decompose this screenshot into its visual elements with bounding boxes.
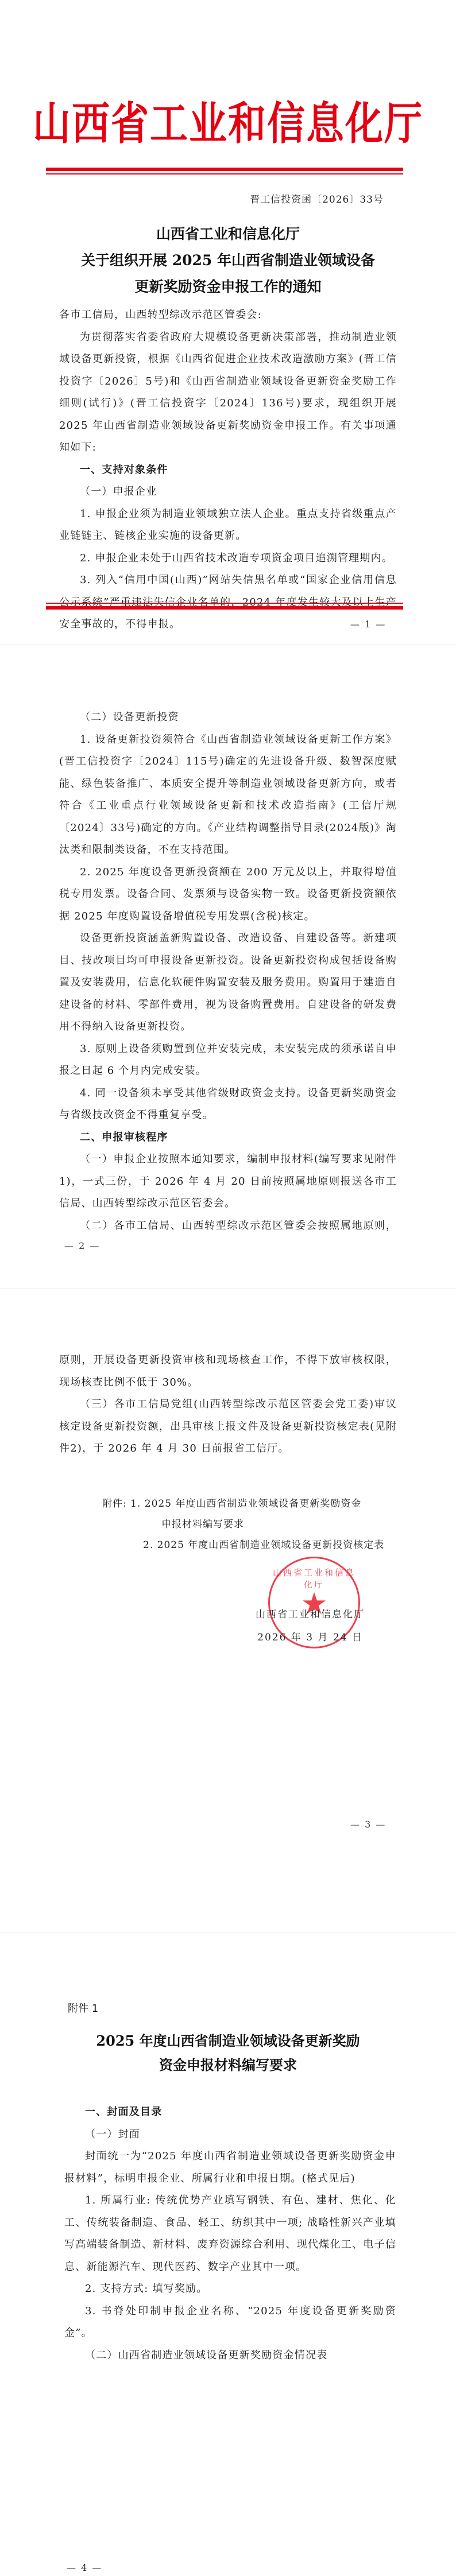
list-item: （一）申报企业按照本通知要求，编制申报材料(编写要求见附件1)，一式三份，于 2… [59,1149,397,1215]
attachment-item[interactable]: 2. 2025 年度山西省制造业领域设备更新投资核定表 [102,1535,384,1555]
list-item: 4. 同一设备须未享受其他省级财政资金支持。设备更新奖励资金与省级技改资金不得重… [59,1083,397,1127]
signature-block: 山西省工业和信息化厅 2026 年 3 月 24 日 [247,1603,373,1649]
section-heading: 二、申报审核程序 [59,1127,397,1149]
list-item: （二）各市工信局、山西转型综改示范区管委会按照属地原则，开展设备更新投资审核和现… [59,1215,397,1237]
notice-title-line: 更新奖励资金申报工作的通知 [0,274,456,300]
notice-body-page3: 原则，开展设备更新投资审核和现场核查工作，不得下放审核权限，现场核查比例不低于 … [59,1349,397,1460]
letterhead-rule-thin [46,173,403,174]
attachment-title-cont: 申报材料编写要求 [102,1514,384,1535]
list-item: （三）各市工信局党组(山西转型综改示范区管委会党工委)审议核定设备更新投资额，出… [59,1394,397,1460]
intro-paragraph: 为贯彻落实省委省政府大规模设备更新决策部署，推动制造业领域设备更新投资，根据《山… [59,327,397,459]
notice-body-page1: 各市工信局，山西转型综改示范区管委会: 为贯彻落实省委省政府大规模设备更新决策部… [59,304,397,636]
subsection-heading: （一）封面 [64,2124,396,2146]
signature-date: 2026 年 3 月 24 日 [247,1626,373,1649]
subsection-heading: （二）设备更新投资 [59,707,397,729]
attachment-item[interactable]: 附件: 1. 2025 年度山西省制造业领域设备更新奖励资金 [102,1493,384,1514]
page-number: — 2 — [64,1240,100,1251]
list-item: 1. 所属行业: 传统优势产业填写钢铁、有色、建材、焦化、化工、传统装备制造、食… [64,2190,396,2278]
page-number: — 3 — [350,1819,386,1830]
attachments-list: 附件: 1. 2025 年度山西省制造业领域设备更新奖励资金 申报材料编写要求 … [102,1493,384,1555]
annex-title-line: 2025 年度山西省制造业领域设备更新奖励 [0,2029,456,2053]
list-item: 2. 支持方式: 填写奖励。 [64,2278,396,2300]
attachments-label: 附件: [102,1498,127,1510]
subsection-heading: （一）申报企业 [59,481,397,503]
list-item-continued: 原则，开展设备更新投资审核和现场核查工作，不得下放审核权限，现场核查比例不低于 … [59,1349,397,1394]
list-item: 3. 原则上设备须购置到位并安装完成，未安装完成的须承诺自申报之日起 6 个月内… [59,1038,397,1083]
annex-title: 2025 年度山西省制造业领域设备更新奖励 资金申报材料编写要求 [0,2029,456,2077]
page-number: — 4 — [67,2562,102,2573]
section-heading: 一、封面及目录 [64,2101,396,2124]
list-item: 1. 设备更新投资须符合《山西省制造业领域设备更新工作方案》(晋工信投资字〔20… [59,729,397,862]
notice-title-line: 关于组织开展 2025 年山西省制造业领域设备 [0,247,456,274]
list-item: 设备更新投资涵盖新购置设备、改造设备、自建设备等。新建项目、技改项目均可申报设备… [59,928,397,1038]
notice-title-line: 山西省工业和信息化厅 [0,221,456,247]
annex-label: 附件 1 [68,2000,98,2015]
footer-rule-thin [46,603,403,604]
page-number: — 1 — [350,619,386,630]
section-heading: 一、支持对象条件 [59,459,397,482]
list-item: 1. 申报企业须为制造业领域独立法人企业。重点支持省级重点产业链链主、链核企业实… [59,503,397,548]
attachment-title: 1. 2025 年度山西省制造业领域设备更新奖励资金 [130,1498,361,1510]
page-3: 原则，开展设备更新投资审核和现场核查工作，不得下放审核权限，现场核查比例不低于 … [0,1288,456,1932]
list-item: 2. 申报企业未处于山西省技术改造专项资金项目追溯管理期内。 [59,548,397,570]
letterhead-rule-thick [46,168,403,171]
page-1: 山西省工业和信息化厅 晋工信投资函〔2026〕33号 山西省工业和信息化厅 关于… [0,0,456,644]
letterhead-org-name: 山西省工业和信息化厅 [0,101,456,146]
footer-rule-thick [46,606,403,610]
notice-title: 山西省工业和信息化厅 关于组织开展 2025 年山西省制造业领域设备 更新奖励资… [0,221,456,300]
subsection-heading: （二）山西省制造业领域设备更新奖励资金情况表 [64,2345,396,2367]
page-4: 附件 1 2025 年度山西省制造业领域设备更新奖励 资金申报材料编写要求 一、… [0,1932,456,2576]
list-item: 3. 书脊处印制申报企业名称、“2025 年度设备更新奖励资金”。 [64,2300,396,2345]
document-number: 晋工信投资函〔2026〕33号 [250,191,384,205]
list-item: 2. 2025 年度设备更新投资额在 200 万元及以上，并取得增值税专用发票。… [59,862,397,928]
page-2: （二）设备更新投资 1. 设备更新投资须符合《山西省制造业领域设备更新工作方案》… [0,644,456,1288]
annex-body: 一、封面及目录 （一）封面 封面统一为“2025 年度山西省制造业领域设备更新奖… [64,2101,396,2366]
notice-body-page2: （二）设备更新投资 1. 设备更新投资须符合《山西省制造业领域设备更新工作方案》… [59,707,397,1237]
paragraph: 封面统一为“2025 年度山西省制造业领域设备更新奖励资金申报材料”，标明申报企… [64,2146,396,2190]
signature-org: 山西省工业和信息化厅 [247,1603,373,1626]
annex-title-line: 资金申报材料编写要求 [0,2053,456,2077]
salutation: 各市工信局，山西转型综改示范区管委会: [59,304,397,327]
